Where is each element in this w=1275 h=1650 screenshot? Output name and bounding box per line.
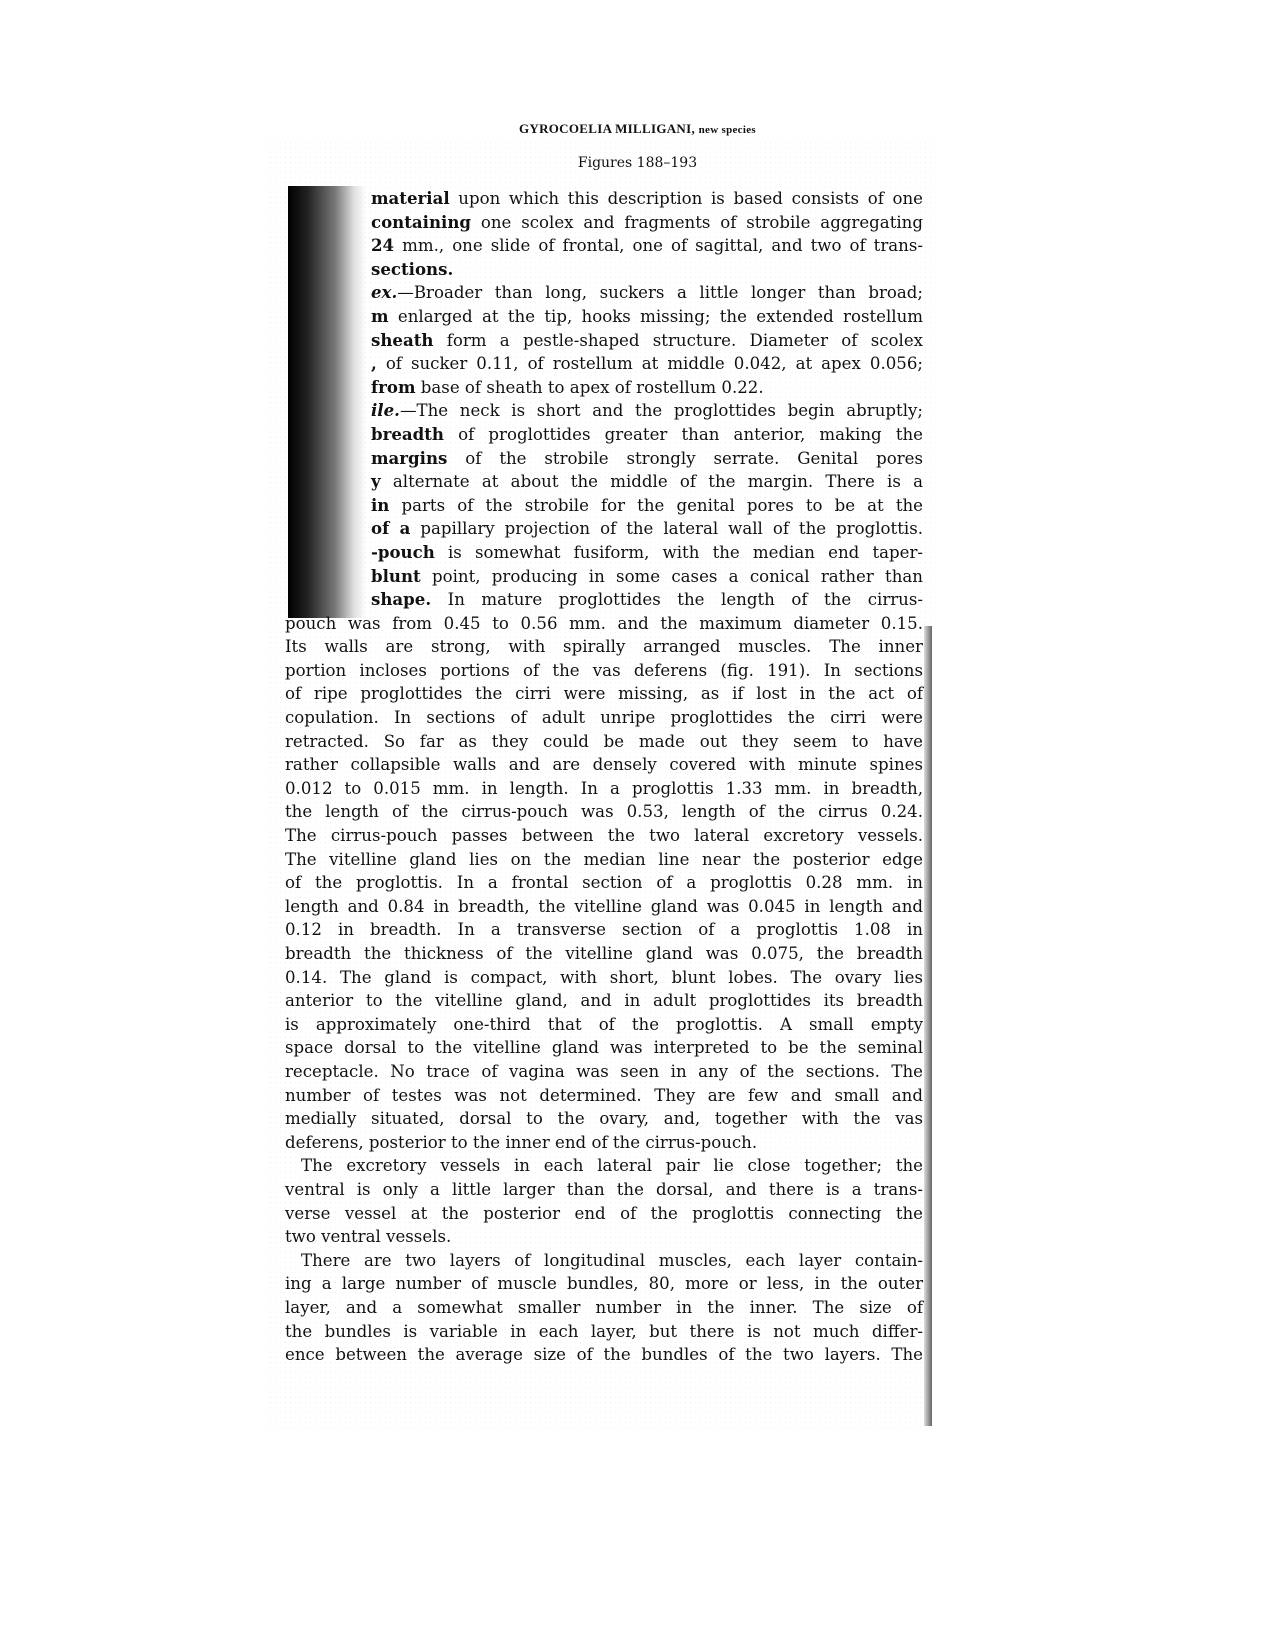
figures-reference: Figures 188–193 [0, 155, 1275, 171]
text-line: The cirrus-pouch passes between the two … [285, 824, 923, 848]
text-line: receptacle. No trace of vagina was seen … [285, 1060, 923, 1084]
text-line: shape. In mature proglottides the length… [285, 588, 923, 612]
text-line: length and 0.84 in breadth, the vitellin… [285, 895, 923, 919]
text-line: ventral is only a little larger than the… [285, 1178, 923, 1202]
text-line: There are two layers of longitudinal mus… [285, 1249, 923, 1273]
species-name: GYROCOELIA MILLIGANI, [519, 121, 695, 136]
text-line: m enlarged at the tip, hooks missing; th… [285, 305, 923, 329]
text-line: The vitelline gland lies on the median l… [285, 848, 923, 872]
text-line: copulation. In sections of adult unripe … [285, 706, 923, 730]
document-page: GYROCOELIA MILLIGANI, new species Figure… [0, 0, 1275, 1650]
text-line: ence between the average size of the bun… [285, 1343, 923, 1367]
text-line: sheath form a pestle-shaped structure. D… [285, 329, 923, 353]
text-line: two ventral vessels. [285, 1225, 923, 1249]
text-line: of a papillary projection of the lateral… [285, 517, 923, 541]
text-line: anterior to the vitelline gland, and in … [285, 989, 923, 1013]
text-line: breadth of proglottides greater than ant… [285, 423, 923, 447]
text-line: , of sucker 0.11, of rostellum at middle… [285, 352, 923, 376]
text-line: Its walls are strong, with spirally arra… [285, 635, 923, 659]
text-line: 0.12 in breadth. In a transverse section… [285, 918, 923, 942]
text-line: -pouch is somewhat fusiform, with the me… [285, 541, 923, 565]
text-line: material upon which this description is … [285, 187, 923, 211]
text-line: ile.—The neck is short and the proglotti… [285, 399, 923, 423]
text-line: number of testes was not determined. The… [285, 1084, 923, 1108]
text-line: in parts of the strobile for the genital… [285, 494, 923, 518]
scan-shadow-right [924, 626, 932, 1426]
text-line: ex.—Broader than long, suckers a little … [285, 281, 923, 305]
text-line: deferens, posterior to the inner end of … [285, 1131, 923, 1155]
text-line: the bundles is variable in each layer, b… [285, 1320, 923, 1344]
text-line: medially situated, dorsal to the ovary, … [285, 1107, 923, 1131]
text-line: space dorsal to the vitelline gland was … [285, 1036, 923, 1060]
text-line: 0.14. The gland is compact, with short, … [285, 966, 923, 990]
text-line: of the proglottis. In a frontal section … [285, 871, 923, 895]
text-line: layer, and a somewhat smaller number in … [285, 1296, 923, 1320]
section-title: GYROCOELIA MILLIGANI, new species [0, 121, 1275, 137]
text-line: pouch was from 0.45 to 0.56 mm. and the … [285, 612, 923, 636]
text-line: is approximately one-third that of the p… [285, 1013, 923, 1037]
text-line: sections. [285, 258, 923, 282]
text-line: the length of the cirrus-pouch was 0.53,… [285, 800, 923, 824]
text-line: y alternate at about the middle of the m… [285, 470, 923, 494]
text-line: breadth the thickness of the vitelline g… [285, 942, 923, 966]
text-line: of ripe proglottides the cirri were miss… [285, 682, 923, 706]
text-line: containing one scolex and fragments of s… [285, 211, 923, 235]
body-text: material upon which this description is … [285, 187, 923, 1367]
text-line: The excretory vessels in each lateral pa… [285, 1154, 923, 1178]
text-line: retracted. So far as they could be made … [285, 730, 923, 754]
text-line: from base of sheath to apex of rostellum… [285, 376, 923, 400]
text-line: portion incloses portions of the vas def… [285, 659, 923, 683]
text-line: 24 mm., one slide of frontal, one of sag… [285, 234, 923, 258]
text-line: blunt point, producing in some cases a c… [285, 565, 923, 589]
text-line: margins of the strobile strongly serrate… [285, 447, 923, 471]
text-line: verse vessel at the posterior end of the… [285, 1202, 923, 1226]
text-line: 0.012 to 0.015 mm. in length. In a progl… [285, 777, 923, 801]
species-note: new species [699, 124, 756, 136]
text-line: ing a large number of muscle bundles, 80… [285, 1272, 923, 1296]
text-line: rather collapsible walls and are densely… [285, 753, 923, 777]
